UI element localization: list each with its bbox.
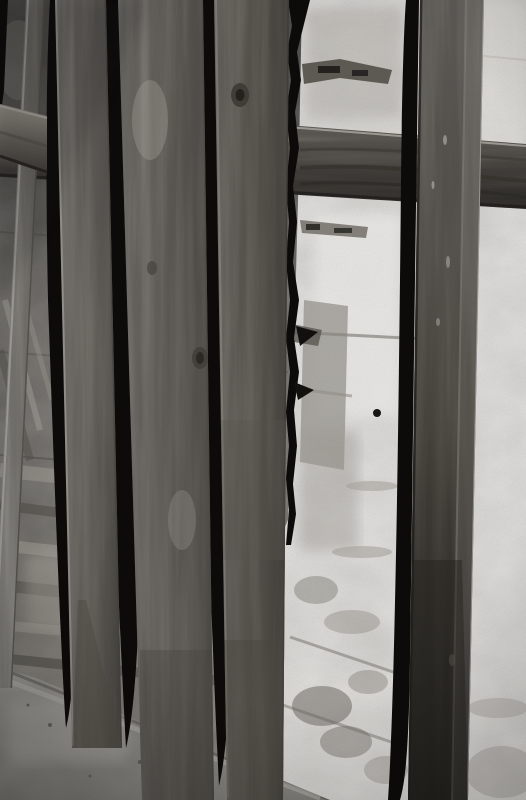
vignette-overlay — [0, 0, 526, 800]
photograph: Black-and-white photograph of rough vert… — [0, 0, 526, 800]
photo-svg — [0, 0, 526, 800]
photo-finish — [0, 0, 526, 800]
